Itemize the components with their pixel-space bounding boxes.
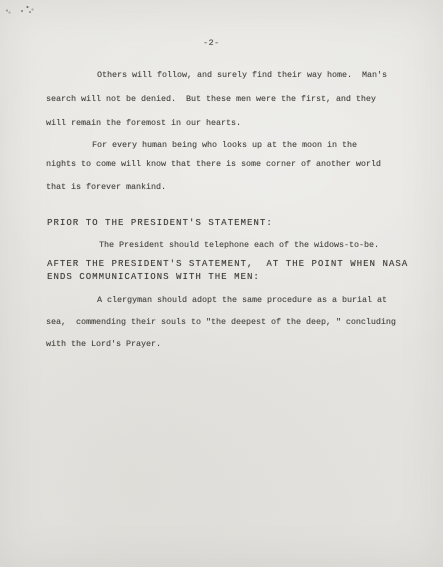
section-heading-prior: PRIOR TO THE PRESIDENT'S STATEMENT: [47, 218, 273, 228]
text-line: Others will follow, and surely find thei… [97, 71, 387, 81]
text-line: For every human being who looks up at th… [92, 141, 357, 151]
text-line: that is forever mankind. [46, 183, 166, 193]
section-heading-after-line1: AFTER THE PRESIDENT'S STATEMENT, AT THE … [47, 259, 408, 269]
text-line: nights to come will know that there is s… [46, 160, 381, 170]
text-line: sea, commending their souls to "the deep… [46, 318, 396, 328]
text-line: The President should telephone each of t… [99, 241, 379, 251]
ink-specks-decoration [0, 0, 2, 2]
text-line: with the Lord's Prayer. [46, 340, 161, 350]
document-page: -2- Others will follow, and surely find … [0, 0, 443, 567]
text-line: A clergyman should adopt the same proced… [97, 296, 387, 306]
section-heading-after-line2: ENDS COMMUNICATIONS WITH THE MEN: [47, 272, 260, 282]
text-line: will remain the foremost in our hearts. [46, 119, 241, 129]
text-line: search will not be denied. But these men… [46, 95, 376, 105]
page-number: -2- [203, 38, 220, 48]
